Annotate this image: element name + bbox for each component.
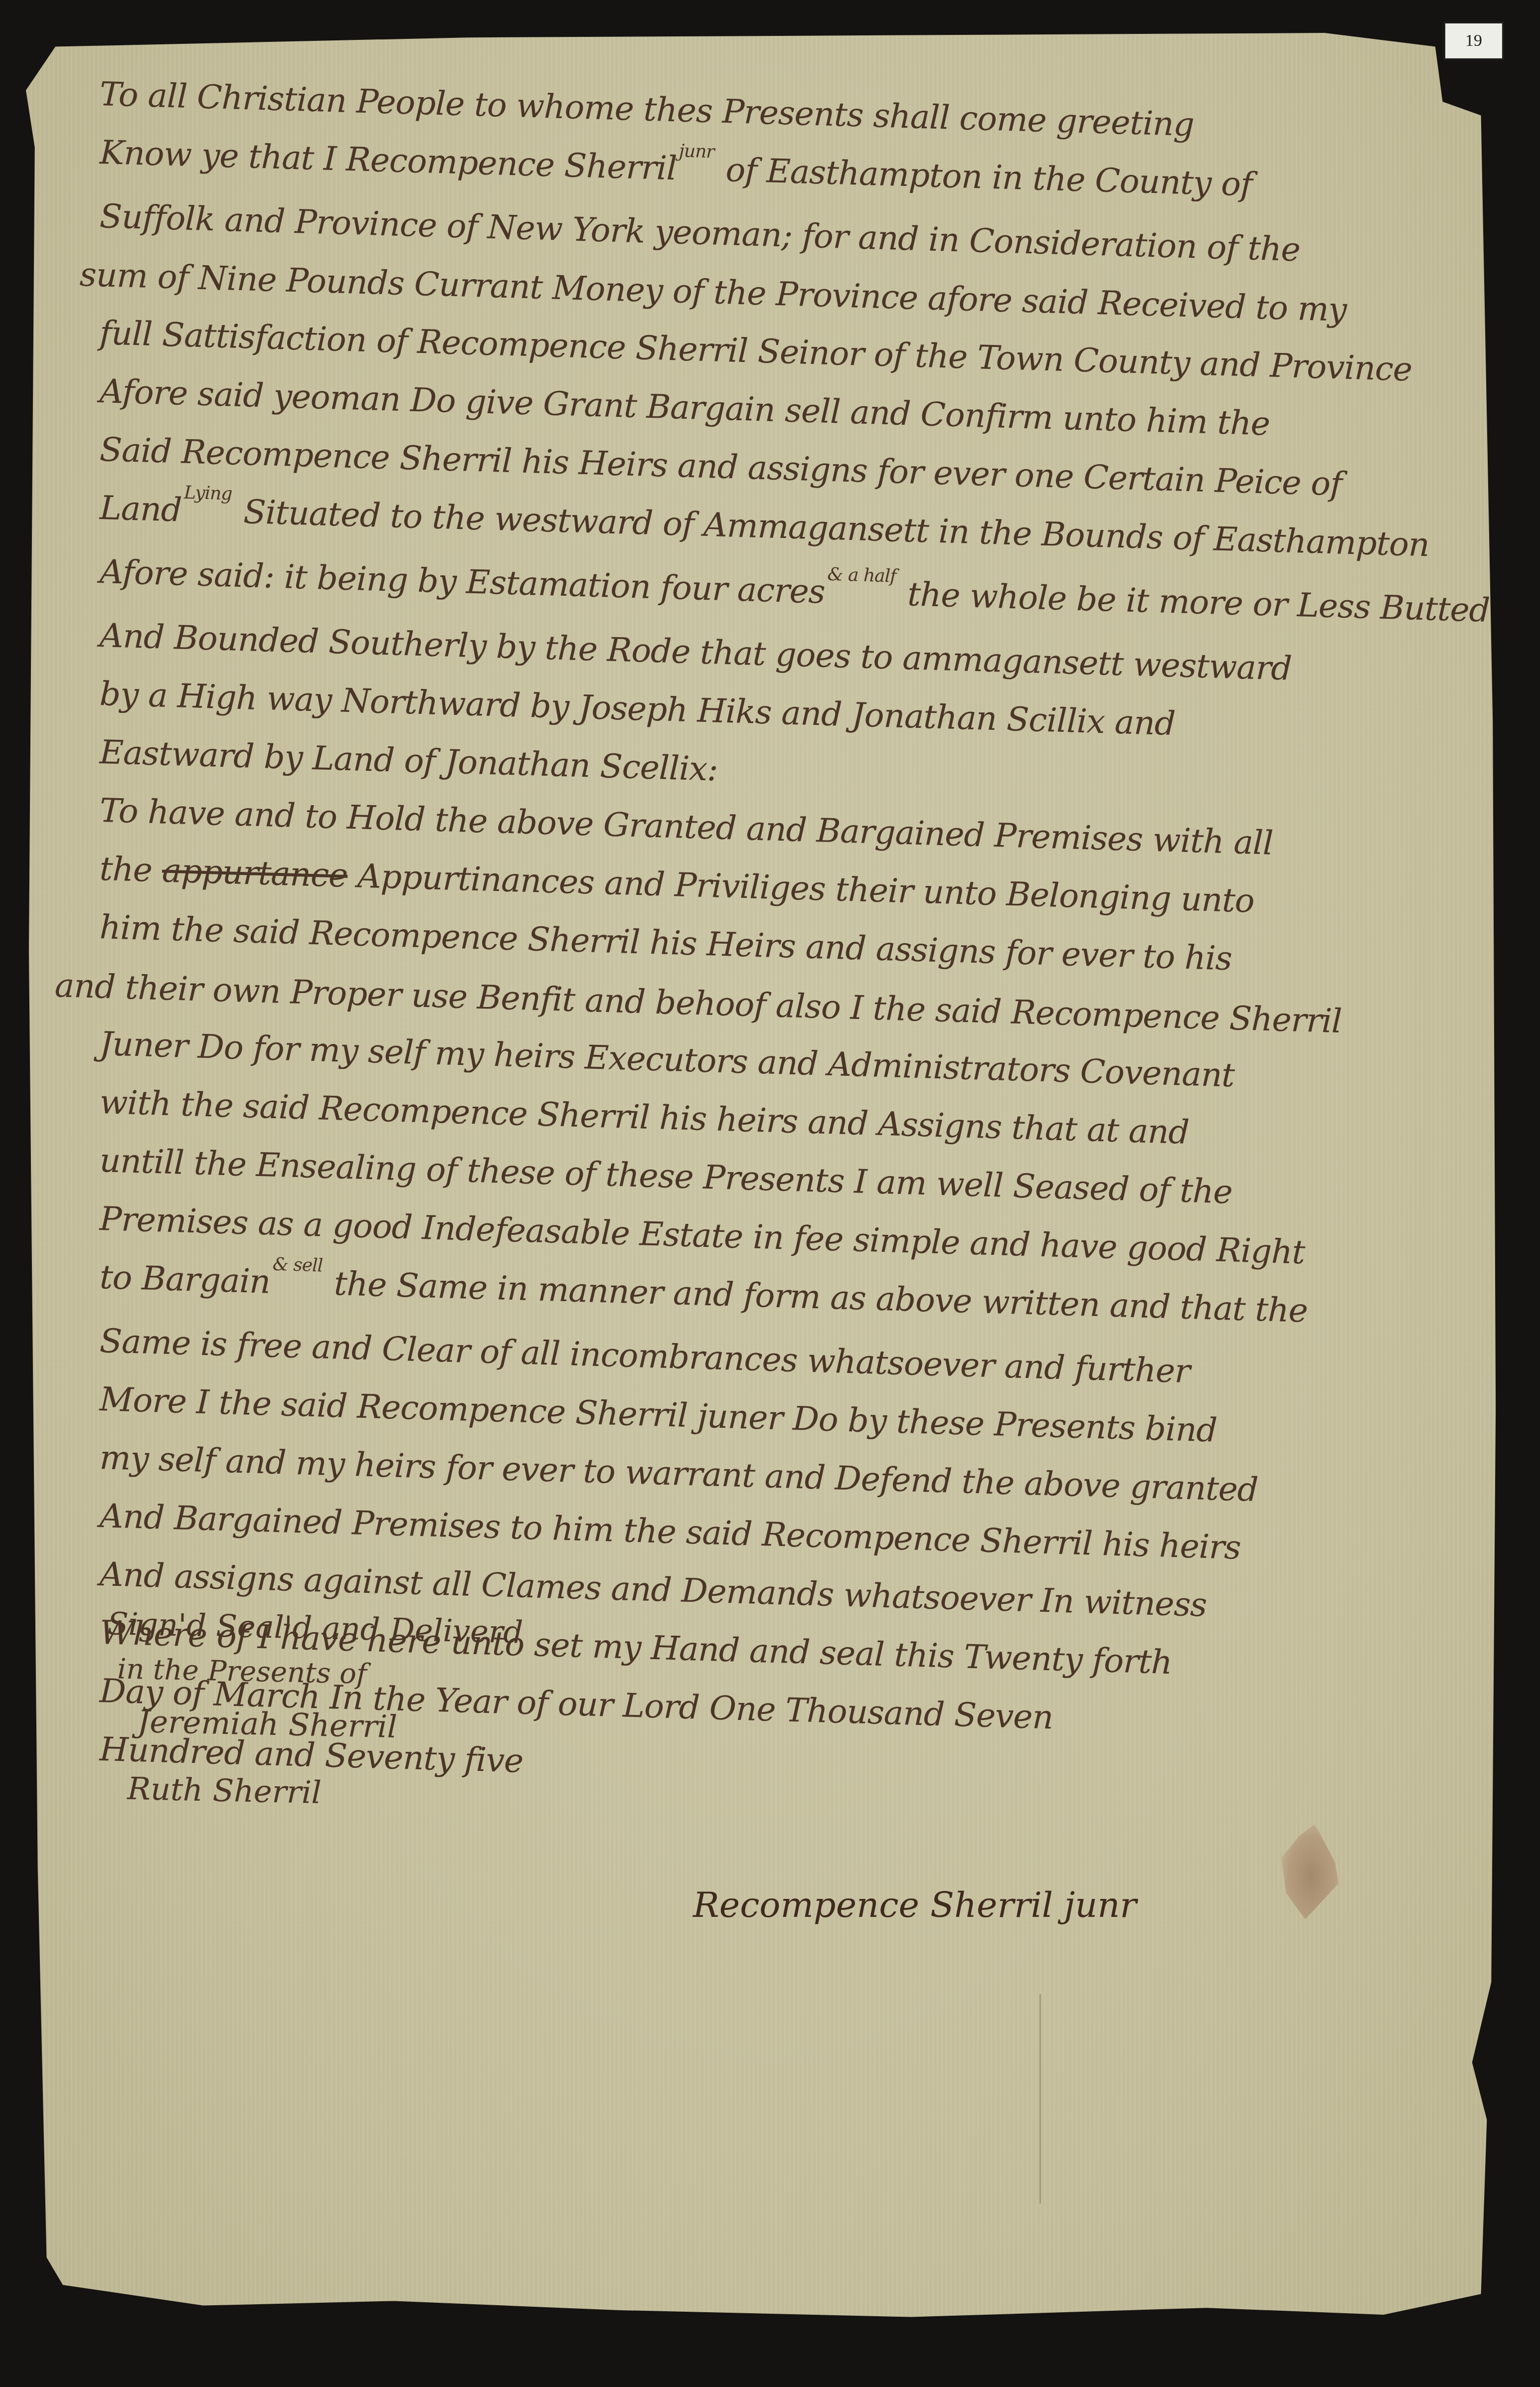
deed-body: To all Christian People to whome thes Pr…: [100, 65, 1516, 1778]
interlinear-insertion: junr: [679, 141, 714, 162]
grantor-signature: Recompence Sherril junr: [693, 1884, 1137, 1925]
attestation-block: Sign'd Seal'd and Deliverd in the Presen…: [107, 1605, 523, 1830]
interlinear-insertion: & sell: [272, 1254, 323, 1276]
paper-tear: [1039, 1994, 1041, 2204]
folio-number: 19: [1465, 31, 1482, 50]
struck-word: appurtance: [162, 852, 348, 895]
attestation-line: Sign'd Seal'd and Deliverd: [107, 1605, 523, 1661]
witness-signature: Ruth Sherril: [107, 1770, 523, 1838]
interlinear-insertion: & a half: [827, 564, 896, 587]
witness-signature: Jeremiah Sherril: [107, 1703, 524, 1778]
attestation-line: in the Presents of: [107, 1653, 523, 1711]
interlinear-insertion: Lying: [183, 483, 232, 505]
folio-number-label: 19: [1443, 21, 1504, 60]
